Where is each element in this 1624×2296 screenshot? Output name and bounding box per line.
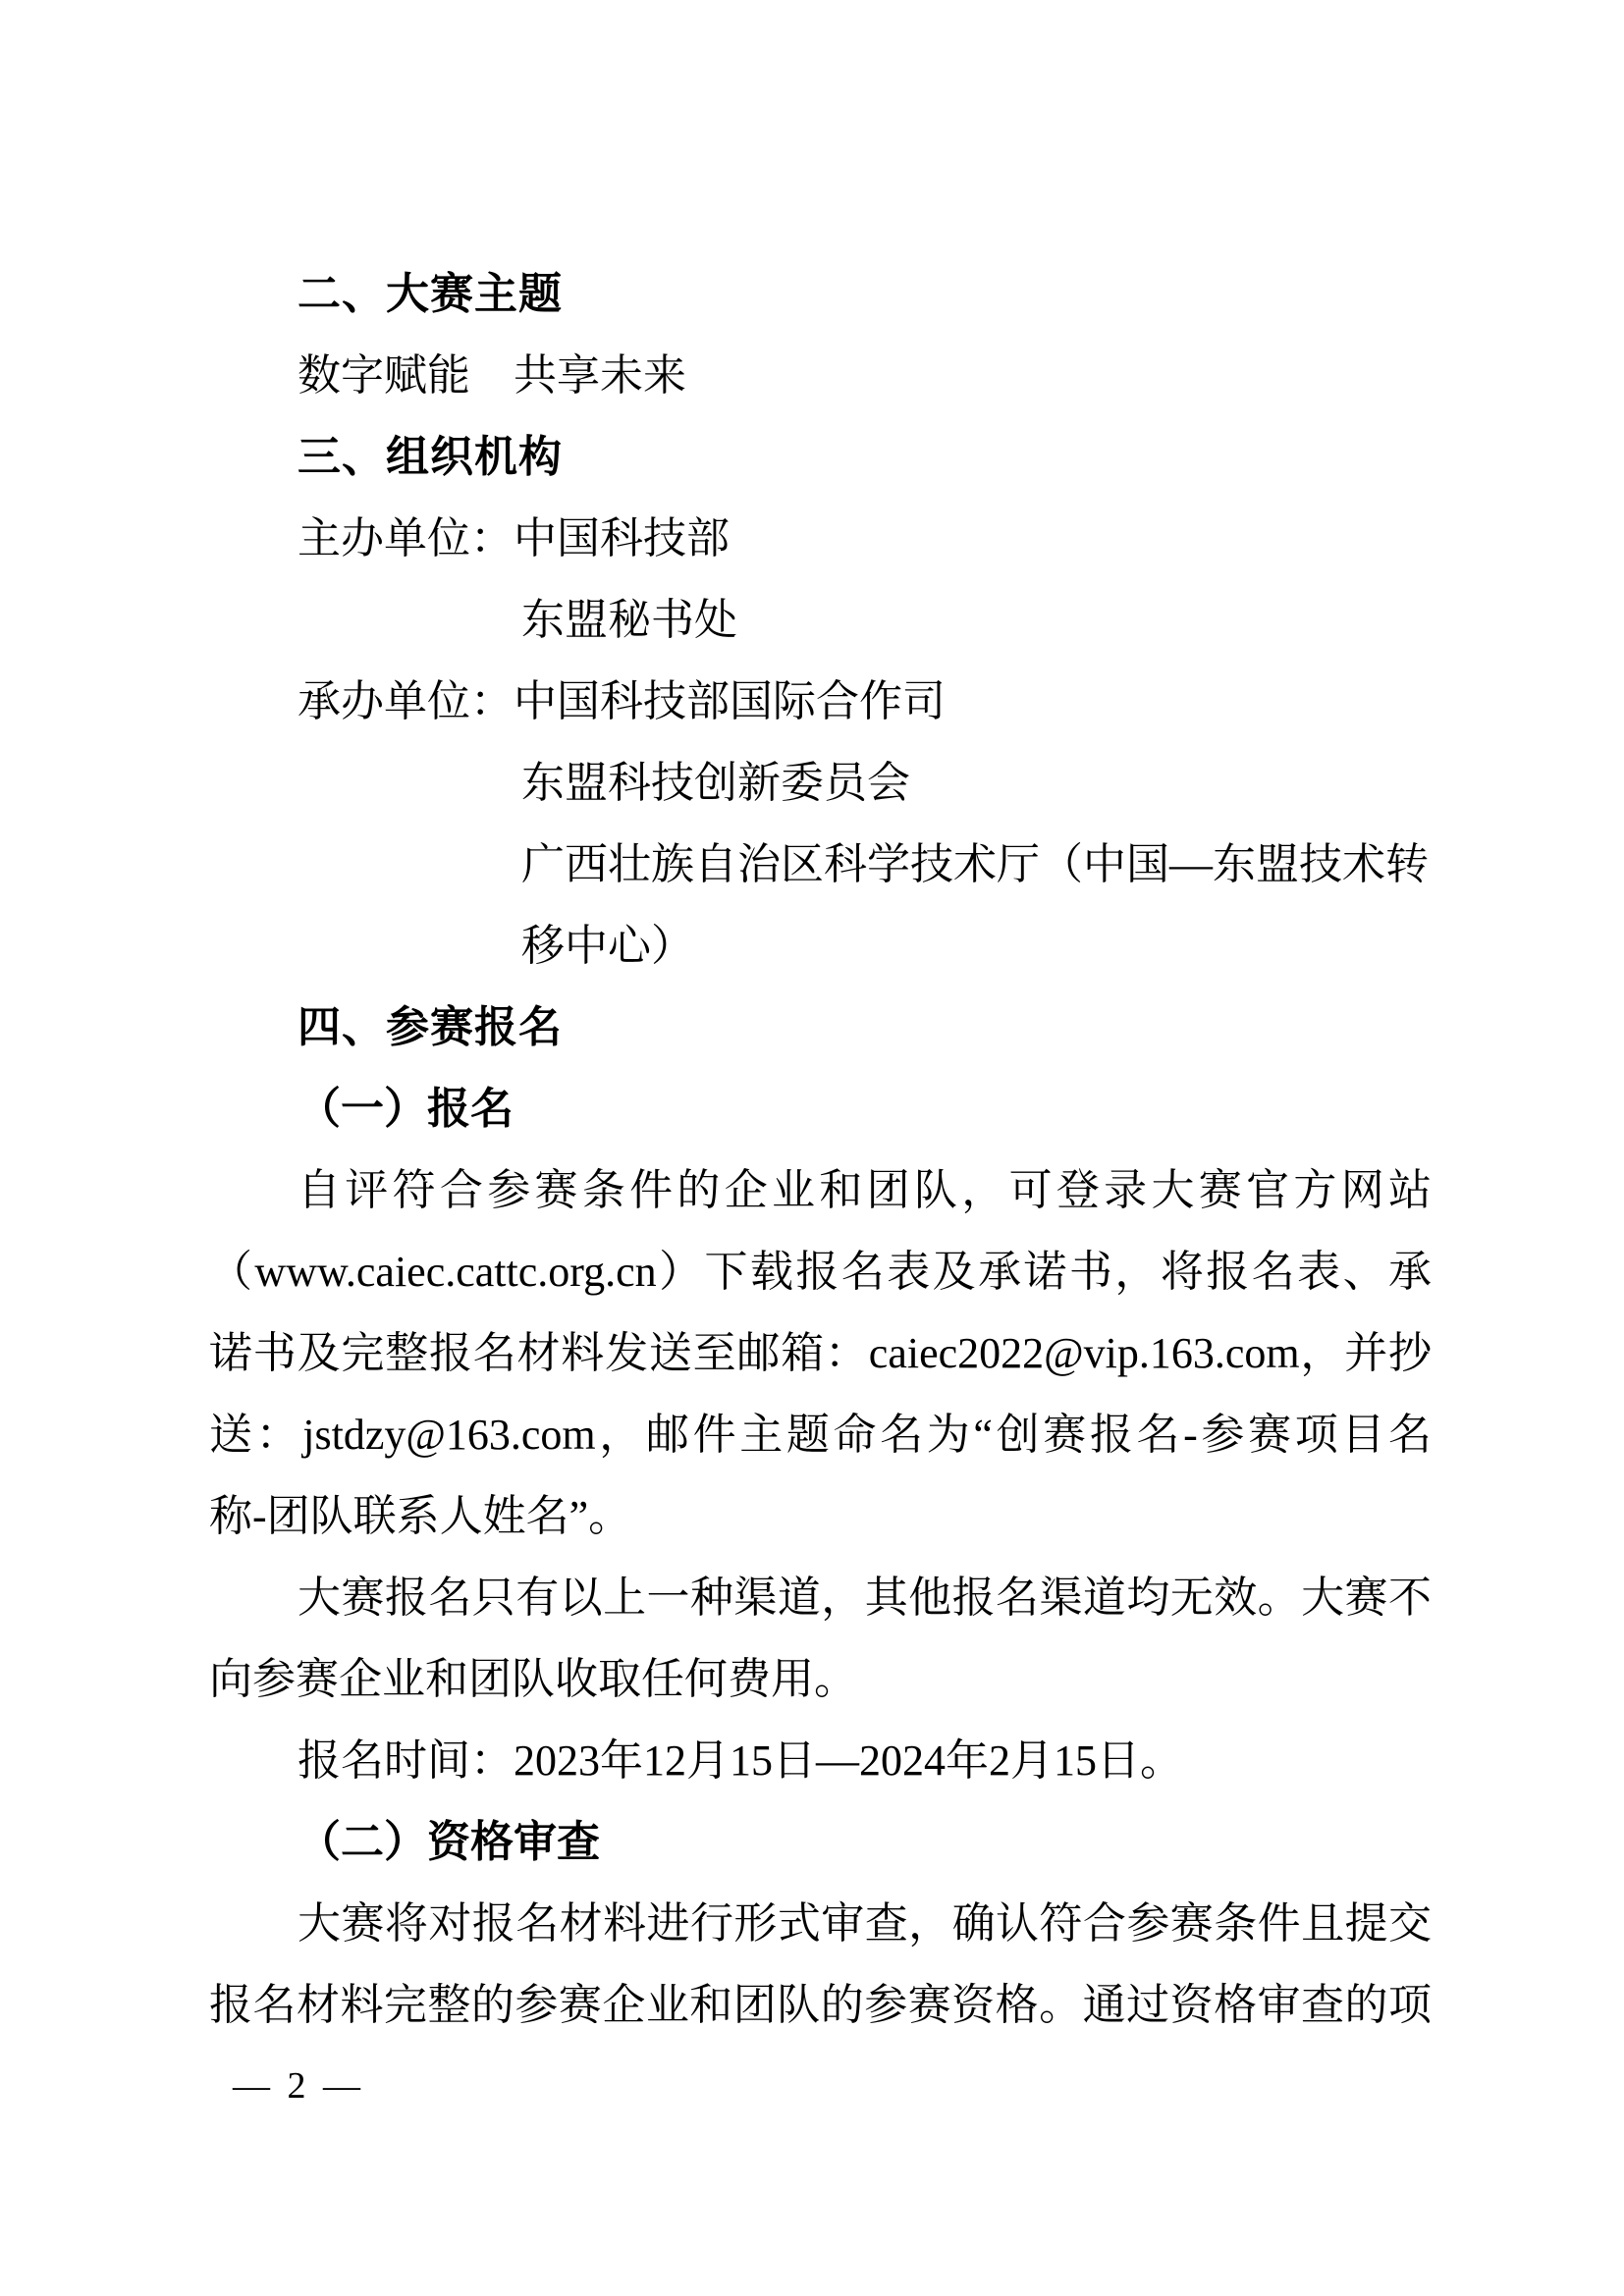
registration-period-line: 报名时间：2023年12月15日—2024年2月15日。 [209, 1720, 1432, 1801]
subheading-qualification-review: （二）资格审查 [209, 1801, 1432, 1883]
channel-line-2: 向参赛企业和团队收取任何费用。 [209, 1638, 1432, 1720]
heading-contest-theme: 二、大赛主题 [209, 253, 1432, 335]
host-unit-line-2: 东盟秘书处 [209, 579, 1432, 661]
signup-line-2: （www.caiec.cattc.org.cn）下载报名表及承诺书，将报名表、承 [209, 1231, 1432, 1312]
heading-organization: 三、组织机构 [209, 416, 1432, 498]
heading-registration: 四、参赛报名 [209, 987, 1432, 1068]
channel-line-1: 大赛报名只有以上一种渠道，其他报名渠道均无效。大赛不 [209, 1557, 1432, 1638]
signup-line-3: 诺书及完整报名材料发送至邮箱：caiec2022@vip.163.com，并抄 [209, 1312, 1432, 1394]
document-page: 二、大赛主题 数字赋能 共享未来 三、组织机构 主办单位：中国科技部 东盟秘书处… [0, 0, 1624, 2296]
signup-line-4: 送：jstdzy@163.com，邮件主题命名为“创赛报名-参赛项目名 [209, 1394, 1432, 1475]
organizer-unit-line-4: 移中心） [209, 905, 1432, 987]
qualification-line-2: 报名材料完整的参赛企业和团队的参赛资格。通过资格审查的项 [209, 1964, 1432, 2046]
organizer-unit-line-2: 东盟科技创新委员会 [209, 742, 1432, 824]
contest-theme-text: 数字赋能 共享未来 [209, 335, 1432, 416]
qualification-line-1: 大赛将对报名材料进行形式审查，确认符合参赛条件且提交 [209, 1883, 1432, 1964]
page-number: — 2 — [209, 2046, 1432, 2127]
organizer-unit-line-1: 承办单位：中国科技部国际合作司 [209, 661, 1432, 742]
signup-line-1: 自评符合参赛条件的企业和团队，可登录大赛官方网站 [209, 1149, 1432, 1231]
signup-line-5: 称-团队联系人姓名”。 [209, 1475, 1432, 1557]
subheading-signup: （一）报名 [209, 1068, 1432, 1149]
host-unit-line-1: 主办单位：中国科技部 [209, 498, 1432, 579]
document-body: 二、大赛主题 数字赋能 共享未来 三、组织机构 主办单位：中国科技部 东盟秘书处… [209, 253, 1432, 2127]
organizer-unit-line-3: 广西壮族自治区科学技术厅（中国—东盟技术转 [209, 824, 1432, 905]
